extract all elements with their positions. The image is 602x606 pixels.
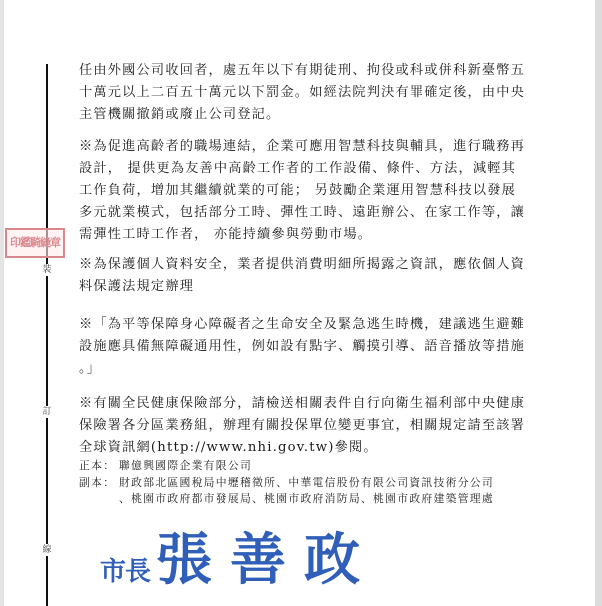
binding-label-ding: 訂	[40, 406, 54, 418]
original-label: 正本：	[79, 458, 119, 475]
mayor-signature: 市長 張善政	[100, 522, 378, 592]
copy-recipients-line-1: 財政部北區國稅局中壢稽徵所、中華電信股份有限公司資訊技術分公司	[119, 475, 494, 492]
text-line: 需彈性工時工作者， 亦能持續參與勞動市場。	[79, 224, 519, 246]
document-page: 裝 訂 線 印鑑騎縫章 任由外國公司收回者，處五年以下有期徒刑、拘役或科或併科新…	[4, 0, 595, 606]
text-line: 十萬元以上二百五十萬元以下罰金。如經法院判決有罪確定後，由中央	[79, 82, 519, 104]
original-recipient: 聯億興國際企業有限公司	[119, 458, 252, 475]
signature-name: 張善政	[156, 528, 378, 592]
text-line: 料保護法規定辦理	[79, 276, 519, 298]
copy-label: 副本：	[79, 475, 119, 492]
copy-recipient-row: 副本： 財政部北區國稅局中壢稽徵所、中華電信股份有限公司資訊技術分公司	[79, 475, 539, 492]
copy-recipient-row-continued: 、桃園市政府都市發展局、桃園市政府消防局、桃園市政府建築管理處	[79, 491, 539, 508]
paragraph-personal-data: ※為保護個人資料安全，業者提供消費明細所揭露之資訊，應依個人資 料保護法規定辦理	[79, 254, 519, 298]
text-line: 。」	[79, 358, 519, 380]
text-line: 設計， 提供更為友善中高齡工作者的工作設備、條件、方法，減輕其	[79, 158, 519, 180]
text-line: 工作負荷，增加其繼續就業的可能； 另鼓勵企業運用智慧科技以發展	[79, 180, 519, 202]
signature-title: 市長	[100, 552, 150, 592]
text-line: 任由外國公司收回者，處五年以下有期徒刑、拘役或科或併科新臺幣五	[79, 60, 519, 82]
document-body: 任由外國公司收回者，處五年以下有期徒刑、拘役或科或併科新臺幣五 十萬元以上二百五…	[79, 60, 519, 459]
paragraph-health-insurance: ※有關全民健康保險部分，請檢送相關表件自行向衛生福利部中央健康 保險署各分區業務…	[79, 393, 519, 459]
text-line: 設施應具備無障礙通用性，例如設有點字、觸摸引導、語音播放等措施	[79, 336, 519, 358]
text-line: 主管機關撤銷或廢止公司登記。	[79, 104, 519, 126]
binding-label-zhuang: 裝	[40, 264, 54, 276]
copy-recipients-line-2: 、桃園市政府都市發展局、桃園市政府消防局、桃園市政府建築管理處	[119, 491, 494, 508]
right-margin-scroll-track[interactable]	[595, 0, 602, 606]
original-recipient-row: 正本： 聯億興國際企業有限公司	[79, 458, 539, 475]
text-line: 全球資訊網(http://www.nhi.gov.tw)參閱。	[79, 437, 519, 459]
text-line: 多元就業模式，包括部分工時、彈性工時、遠距辦公、在家工作等，讓	[79, 202, 519, 224]
text-line: ※為促進高齡者的職場連結，企業可應用智慧科技與輔具，進行職務再	[79, 136, 519, 158]
distribution-list: 正本： 聯億興國際企業有限公司 副本： 財政部北區國稅局中壢稽徵所、中華電信股份…	[79, 458, 539, 508]
paragraph-accessibility: ※「為平等保障身心障礙者之生命安全及緊急逃生時機，建議逃生避難 設施應具備無障礙…	[79, 314, 519, 380]
text-line: ※「為平等保障身心障礙者之生命安全及緊急逃生時機，建議逃生避難	[79, 314, 519, 336]
text-line: 保險署各分區業務組，辦理有關投保單位變更事宜，相關規定請至該署	[79, 415, 519, 437]
text-line: ※有關全民健康保險部分，請檢送相關表件自行向衛生福利部中央健康	[79, 393, 519, 415]
paragraph-penalty: 任由外國公司收回者，處五年以下有期徒刑、拘役或科或併科新臺幣五 十萬元以上二百五…	[79, 60, 519, 126]
binding-line	[46, 64, 48, 606]
binding-label-xian: 線	[40, 544, 54, 556]
red-seal-stamp: 印鑑騎縫章	[5, 228, 65, 258]
paragraph-senior-workers: ※為促進高齡者的職場連結，企業可應用智慧科技與輔具，進行職務再 設計， 提供更為…	[79, 136, 519, 246]
text-line: ※為保護個人資料安全，業者提供消費明細所揭露之資訊，應依個人資	[79, 254, 519, 276]
